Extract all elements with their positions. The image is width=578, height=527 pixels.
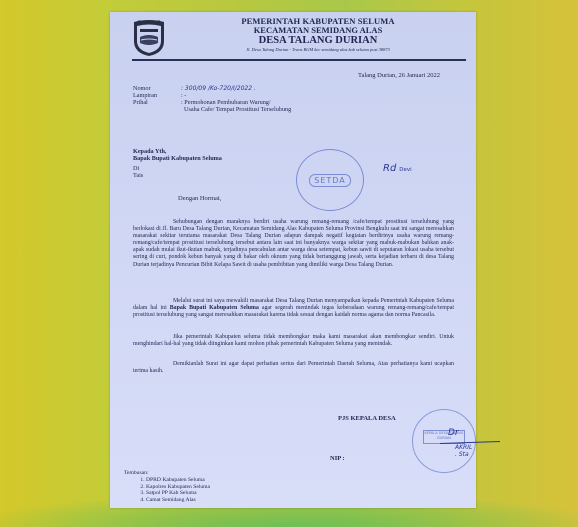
disposition-mark: Rd [383, 163, 396, 174]
setda-stamp-text: SETDA [309, 174, 351, 187]
letter-date: Talang Durian, 26 Januari 2022 [358, 72, 440, 79]
paragraph-1-text: Sehubungan dengan maraknya berdiri usaha… [133, 219, 454, 269]
recipient: Kepada Yth, Bapak Bupati Kabupaten Selum… [133, 148, 222, 162]
carbon-copy-label: Tembusan: [124, 470, 210, 477]
recipient-city: Tais [133, 172, 143, 179]
recipient-place: Di Tais [133, 165, 143, 179]
signature-block: PJS KEPALA DESA NIP : [310, 415, 396, 422]
setda-stamp: SETDA [296, 149, 364, 211]
paragraph-3-text: Jika pemerintah Kabupaten seluma tidak m… [133, 334, 454, 348]
signature: Dr [448, 428, 459, 438]
letterhead-district: KECAMATAN SEMIDANG ALAS [170, 26, 466, 35]
disposition-note: RdDevi [383, 163, 412, 174]
letterhead-divider [132, 59, 466, 61]
carbon-copy-item: DPRD Kabupaten Seluma [146, 477, 210, 484]
nomor-value: : 300/09 /Ko-720/I/2022 . [181, 85, 256, 92]
letterhead-village: DESA TALANG DURIAN [170, 35, 466, 47]
carbon-copy-item: Kapolres Kabupaten Seluma [146, 484, 210, 491]
lampiran-label: Lampiran [133, 92, 181, 99]
recipient-greeting: Kepada Yth, [133, 148, 222, 155]
carbon-copy-list: DPRD Kabupaten Seluma Kapolres Kabupaten… [124, 477, 210, 504]
regency-crest-icon [132, 19, 166, 57]
lampiran-value: : - [181, 92, 186, 99]
disposition-name: Devi [399, 167, 411, 173]
paragraph-3: Jika pemerintah Kabupaten seluma tidak m… [133, 334, 454, 348]
nomor-label: Nomor [133, 85, 181, 92]
paragraph-4: Demikianlah Surat ini agar dapat perhati… [133, 361, 454, 375]
letter-document: PEMERINTAH KABUPATEN SELUMA KECAMATAN SE… [110, 12, 476, 508]
perihal-value-1: : Permohonan Pembubaran Warung/ [181, 99, 271, 106]
salutation: Dengan Hormat, [178, 195, 221, 202]
signatory-title: PJS KEPALA DESA [338, 415, 396, 422]
perihal-label: Prihal [133, 99, 181, 106]
nip-label: NIP : [330, 455, 345, 462]
perihal-value-2: Usaha Cafe/ Tempat Prostitusi Terselubun… [181, 106, 291, 113]
paragraph-1: Sehubungan dengan maraknya berdiri usaha… [133, 219, 454, 269]
letterhead-address: Jl. Desa Talang Durian - Trans BGM kec s… [170, 47, 466, 53]
carbon-copy: Tembusan: DPRD Kabupaten Seluma Kapolres… [124, 470, 210, 504]
paragraph-4-text: Demikianlah Surat ini agar dapat perhati… [133, 361, 454, 375]
signatory-name: AKRIL . Sta [455, 444, 476, 458]
paragraph-2: Melalui surat ini saya mewakili masaraka… [133, 298, 454, 319]
carbon-copy-item: Satpol PP Kab Seluma [146, 490, 210, 497]
letterhead: PEMERINTAH KABUPATEN SELUMA KECAMATAN SE… [170, 17, 466, 53]
recipient-name: Bapak Bupati Kabupaten Seluma [133, 155, 222, 162]
carbon-copy-item: Camat Semidang Alas [146, 497, 210, 504]
recipient-di: Di [133, 165, 143, 172]
paragraph-2-emphasis: Bapak Bupati Kabupaten Seluma [170, 305, 259, 311]
village-stamp: KEPALA DESA TALANG DURIAN [412, 409, 476, 473]
letter-meta: Nomor: 300/09 /Ko-720/I/2022 . Lampiran:… [133, 85, 291, 113]
